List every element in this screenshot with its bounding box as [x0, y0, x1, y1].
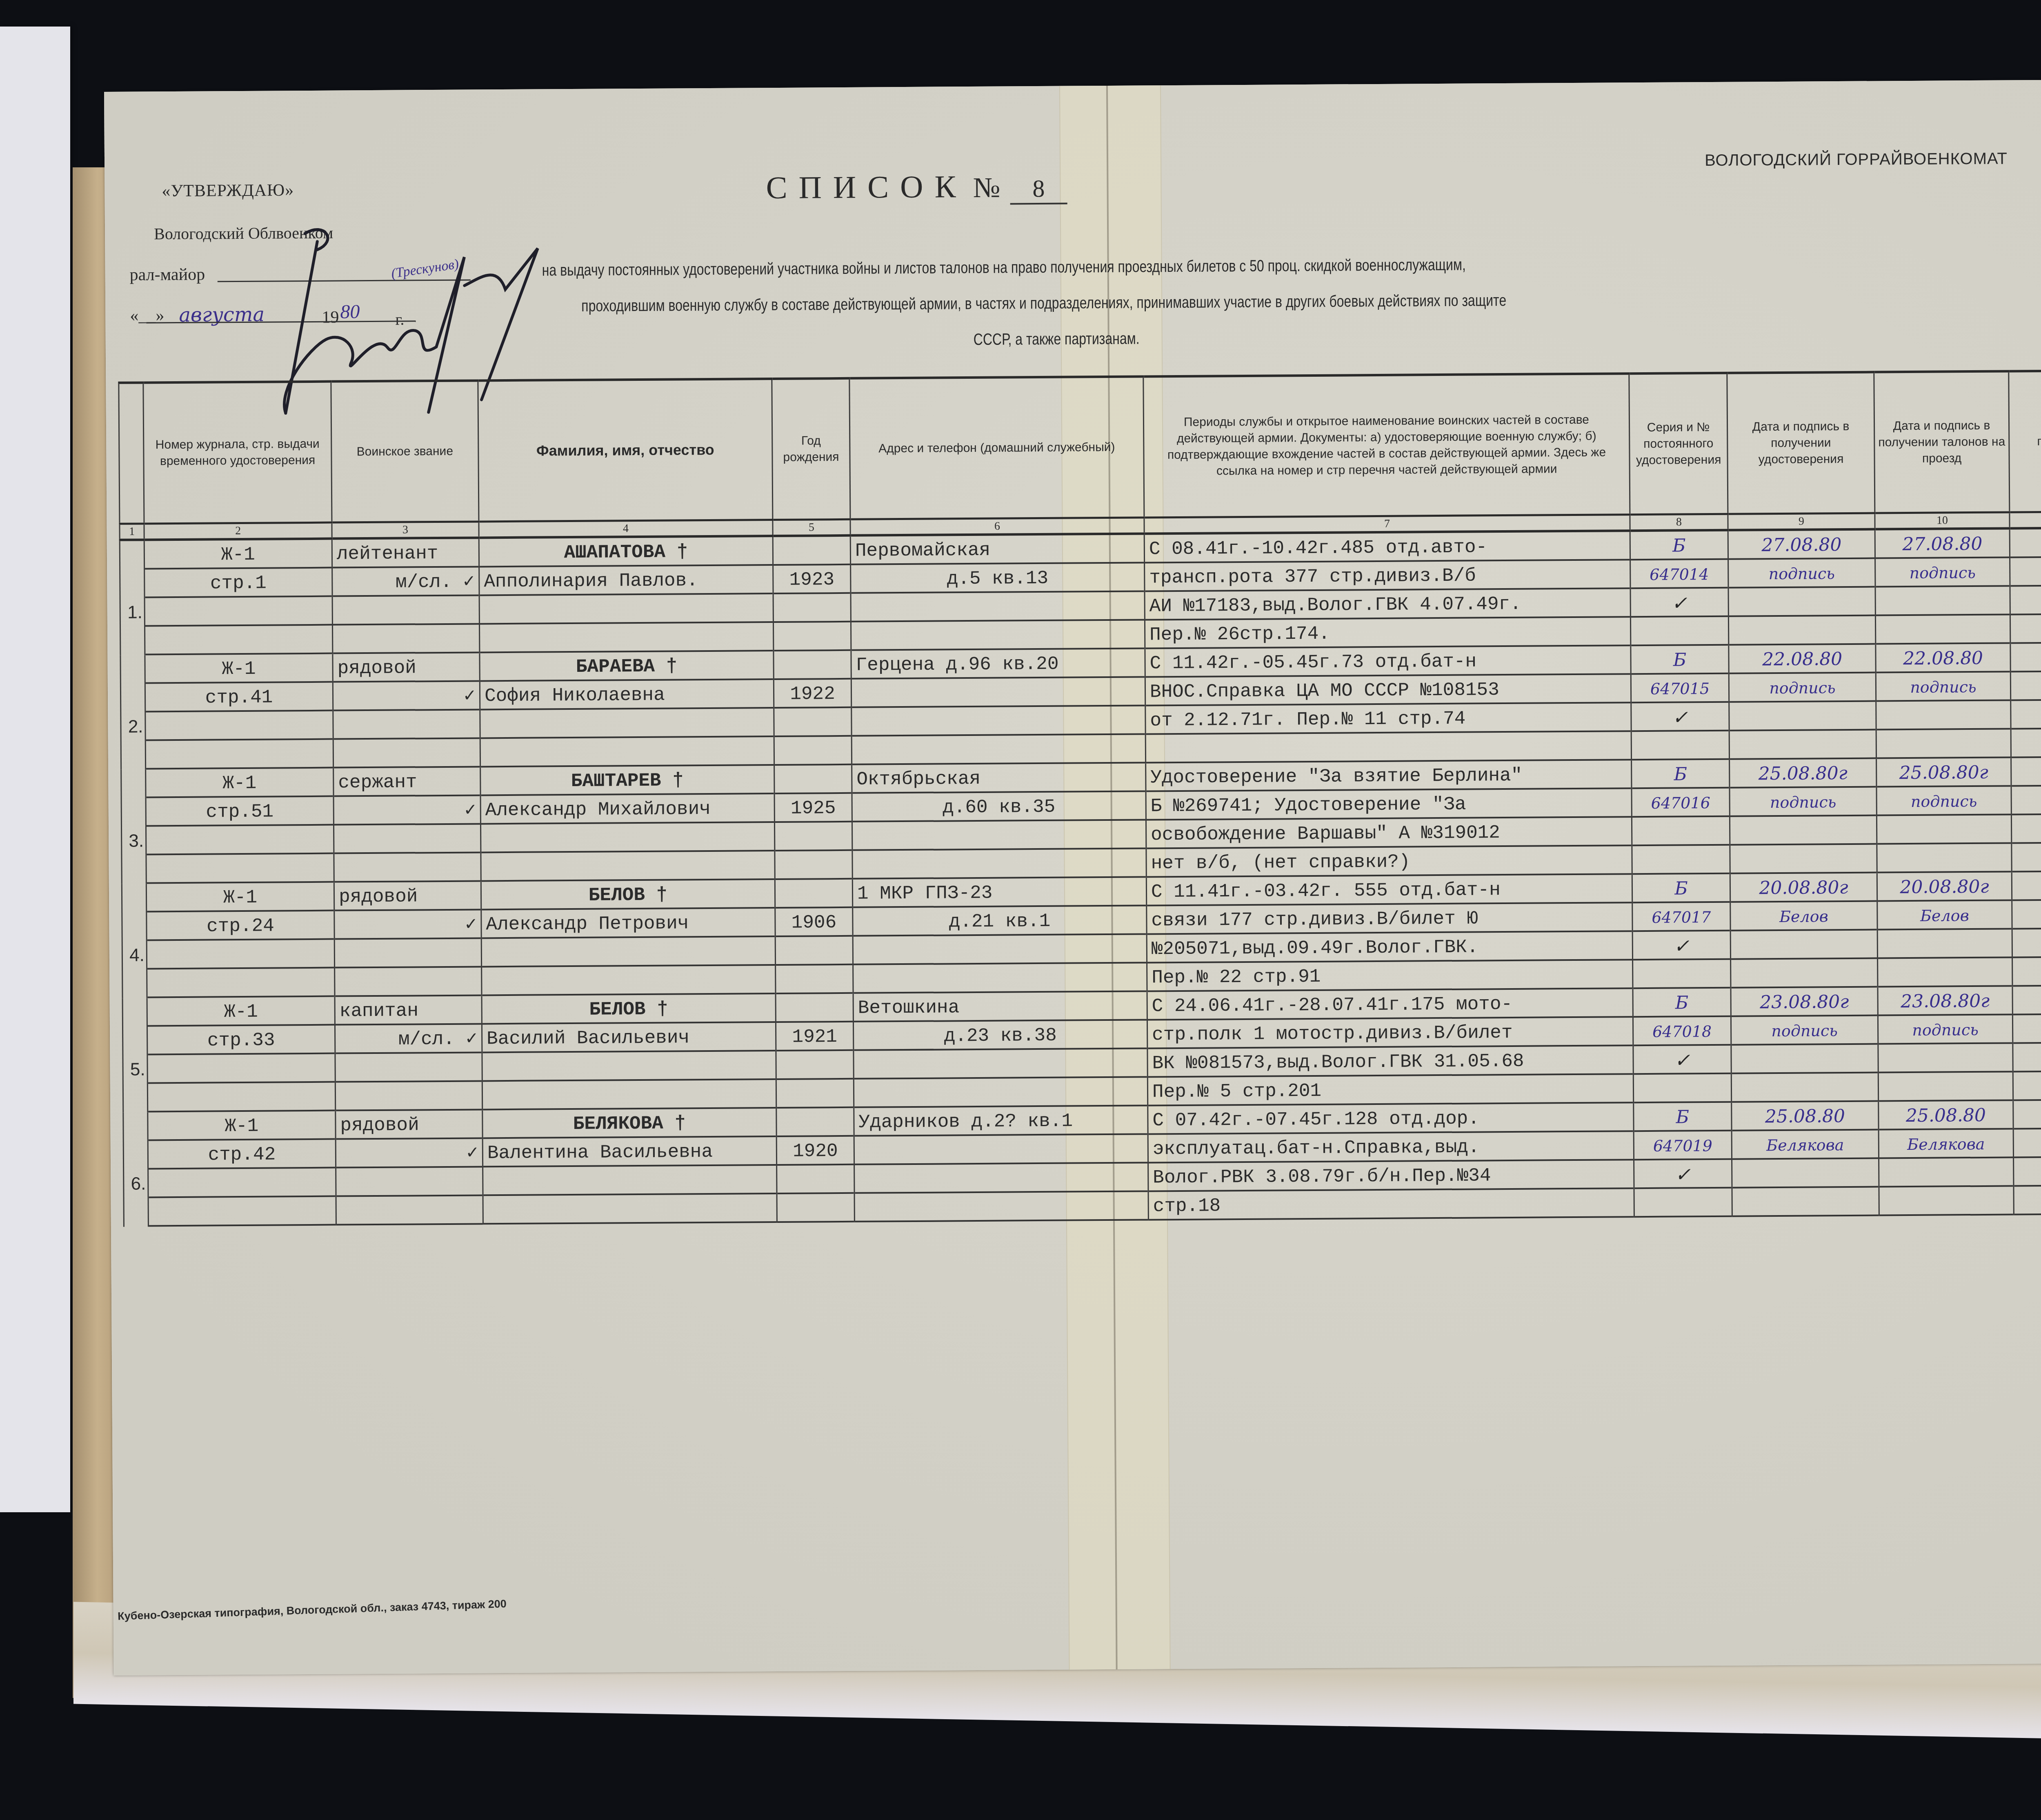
col-num: 5 [773, 519, 850, 536]
col-num: 2 [144, 522, 332, 540]
blank-line [853, 849, 1145, 879]
tickets-received-cell: 23.08.80гподпись [1878, 987, 2013, 1102]
approval-rank: рал-майор [130, 264, 205, 284]
note: умерла [2014, 1100, 2041, 1129]
certificate-cell: Б647018✓ [1633, 989, 1732, 1103]
address-cell: Герцена д.96 кв.20 [851, 649, 1146, 765]
service-line: №205071,выд.09.49г.Волог.ГВК. [1147, 932, 1632, 963]
tickets-received-cell: 20.08.80гБелов [1877, 872, 2012, 987]
blank-line [2011, 614, 2041, 644]
check-mark-icon [1632, 817, 1729, 846]
tickets-received-cell: 25.08.80гподпись [1876, 758, 2012, 873]
service-line: нет в/б, (нет справки?) [1147, 846, 1631, 878]
rank-note: м/сл. ✓ [336, 1024, 481, 1054]
signature-line [218, 280, 471, 282]
given-names: Александр Петрович [482, 909, 774, 939]
col-num: 3 [332, 522, 479, 539]
address-cell: Октябрьскаяд.60 кв.35 [852, 763, 1147, 879]
blank-line [1732, 1159, 1878, 1189]
journal-page: стр.1 [145, 569, 331, 598]
service-line: стр.полк 1 мотостр.дивиз.В/билет [1148, 1018, 1632, 1049]
name-cell: АШАПАТОВА †Апполинария Павлов. [479, 536, 774, 653]
blank-line [777, 1108, 853, 1137]
journal-cell: Ж-1стр.24 [146, 883, 335, 998]
blank-line [777, 1080, 853, 1109]
subtitle-line-3: СССР, а также партизанам. [973, 314, 2041, 358]
rank: рядовой [336, 1110, 482, 1140]
service-line: Пер.№ 22 стр.91 [1147, 960, 1632, 992]
address-street: Октябрьская [852, 763, 1145, 793]
address-street: Герцена д.96 кв.20 [852, 649, 1144, 679]
notes-cell: ✓ [2011, 757, 2041, 872]
blank-line [1879, 1158, 2013, 1187]
blank-line [147, 854, 333, 884]
check-mark-icon: ✓ [1632, 703, 1728, 732]
row-number-label: 1. [120, 541, 144, 622]
title-word: СПИСОК [766, 169, 967, 205]
certificate-cell: Б647017✓ [1632, 874, 1731, 989]
blank-line [333, 710, 479, 740]
register-body: 1.Ж-1стр.1лейтенантм/сл. ✓АШАПАТОВА †Апп… [120, 527, 2041, 1227]
blank-line [1876, 701, 2010, 731]
cert-received-signature: Белякова [1732, 1131, 1878, 1160]
cert-series: Б [1633, 874, 1730, 903]
address-street: Ветошкина [854, 992, 1147, 1022]
col-header-journal: Номер журнала, стр. выдачи временного уд… [143, 382, 332, 524]
blank-line [333, 596, 479, 625]
note [2012, 900, 2041, 929]
birth-year-cell: 1920 [776, 1108, 855, 1223]
blank-line [1879, 1187, 2013, 1216]
surname: БЕЛОВ † [482, 994, 775, 1024]
service-line: С 08.41г.-10.42г.485 отд.авто- [1145, 532, 1630, 563]
table-row: 3.Ж-1стр.51сержант✓БАШТАРЕВ †Александр М… [121, 757, 2041, 884]
tickets-received-cell: 27.08.80подпись [1875, 529, 2010, 645]
col-header-cert-received: Дата и подпись в получении удостоверения [1727, 372, 1875, 514]
tickets-received-date: 23.08.80г [1878, 987, 2012, 1016]
service-cell: Удостоверение "За взятие Берлина"Б №2697… [1146, 760, 1632, 878]
service-line: эксплуатац.бат-н.Справка,выд. [1149, 1132, 1633, 1163]
tickets-received-signature: Белов [1878, 901, 2011, 930]
col-header-certificate: Серия и № постоянного удостоверения [1629, 373, 1728, 515]
blank-line [482, 1051, 775, 1082]
tickets-received-signature: подпись [1876, 673, 2010, 702]
blank-line [854, 963, 1146, 993]
note [2012, 786, 2041, 815]
blank-line [2012, 843, 2041, 872]
blank-line [1731, 931, 1877, 960]
service-line: Удостоверение "За взятие Берлина" [1146, 760, 1631, 792]
journal-page: стр.51 [147, 797, 333, 827]
blank-line [774, 537, 850, 566]
notes-cell: ✓ [2010, 527, 2041, 644]
notes-cell: ✓ [2010, 643, 2041, 758]
blank-line [852, 735, 1145, 765]
journal-number: Ж-1 [148, 997, 334, 1027]
row-number: 3. [121, 769, 147, 884]
rank: лейтенант [333, 539, 478, 568]
blank-line [854, 935, 1146, 965]
journal-cell: Ж-1стр.1 [144, 539, 333, 656]
address-cell: Ветошкинад.23 кв.38 [853, 992, 1148, 1108]
blank-line [1730, 702, 1875, 731]
blank-line [1878, 958, 2012, 987]
header-row: Номер журнала, стр. выдачи временного уд… [119, 370, 2041, 524]
blank-line [853, 820, 1145, 851]
surname: АШАПАТОВА † [480, 537, 772, 567]
journal-cell: Ж-1стр.51 [146, 769, 334, 884]
service-line: трансп.рота 377 стр.дивиз.В/б [1145, 560, 1630, 592]
blank-line [1877, 730, 2010, 759]
blank-line [776, 937, 852, 966]
cert-received-signature: подпись [1730, 673, 1875, 703]
service-line: Пер.№ 26стр.174. [1145, 618, 1630, 649]
blank-line [333, 624, 479, 654]
blank-line [482, 966, 775, 996]
blank-line [484, 1194, 776, 1224]
blank-line [774, 622, 850, 651]
service-line: Волог.РВК 3.08.79г.б/н.Пер.№34 [1149, 1160, 1633, 1192]
row-number-label: 4. [122, 884, 146, 965]
check-mark-icon: ✓ [1634, 1160, 1731, 1189]
cert-number: 647015 [1632, 674, 1728, 703]
journal-page: стр.41 [146, 683, 332, 713]
cert-number: 647017 [1633, 903, 1730, 932]
surname: БЕЛЯКОВА † [483, 1109, 776, 1139]
blank-line [480, 594, 773, 624]
notes-cell [2012, 986, 2041, 1101]
address-street: 1 МКР ГПЗ-23 [853, 878, 1146, 908]
blank-line [1877, 844, 2011, 873]
approval-block: «УТВЕРЖДАЮ» Вологодский Облвоенком рал-м… [129, 179, 598, 182]
table-row: 6.Ж-1стр.42рядовой✓БЕЛЯКОВА †Валентина В… [123, 1100, 2041, 1227]
blank-line [1732, 1045, 1877, 1074]
blank-line [775, 765, 851, 794]
note [2011, 671, 2041, 701]
cert-received-cell: 25.08.80гподпись [1730, 759, 1877, 874]
register-table: Номер журнала, стр. выдачи временного уд… [118, 369, 2041, 1227]
blank-line [2011, 700, 2041, 729]
col-num: 10 [1875, 512, 2010, 529]
tickets-received-date: 25.08.80г [1877, 758, 2010, 788]
address-house: д.60 кв.35 [853, 792, 1145, 822]
cert-number: 647019 [1634, 1131, 1731, 1160]
service-line: С 11.41г.-03.42г. 555 отд.бат-н [1147, 875, 1632, 906]
given-names: Александр Михайлович [481, 794, 774, 824]
name-cell: БЕЛЯКОВА †Валентина Васильевна [482, 1109, 777, 1224]
journal-number: Ж-1 [147, 883, 333, 913]
table-row: 1.Ж-1стр.1лейтенантм/сл. ✓АШАПАТОВА †Апп… [120, 527, 2041, 655]
blank-line [855, 1192, 1148, 1222]
blank-line [774, 708, 851, 737]
blank-line [483, 1080, 776, 1110]
printer-imprint: Кубено-Озерская типография, Вологодской … [118, 1598, 507, 1623]
birth-year: 1925 [775, 794, 852, 823]
rank-cell: сержант✓ [333, 767, 481, 882]
blank-line [852, 706, 1145, 736]
tickets-received-signature: подпись [1879, 1015, 2012, 1044]
rank-cell: капитанм/сл. ✓ [335, 996, 482, 1111]
date-year: 80 [340, 300, 360, 323]
blank-line [482, 937, 775, 967]
blank-line [1732, 1073, 1878, 1103]
col-header-tickets-received: Дата и подпись в получении талонов на пр… [1874, 371, 2010, 513]
blank-line [1730, 845, 1876, 874]
address-house: д.21 кв.1 [853, 906, 1146, 936]
row-number-label: 5. [123, 998, 147, 1080]
row-number: 2. [120, 655, 146, 769]
blank-line [775, 822, 852, 851]
blank-line [1730, 816, 1876, 846]
tickets-received-date: 25.08.80 [1879, 1101, 2012, 1130]
name-cell: БАРАЕВА †София Николаевна [480, 651, 774, 767]
tickets-received-signature: подпись [1876, 558, 2009, 588]
blank-line [146, 711, 332, 741]
birth-year-cell: 1925 [774, 765, 853, 880]
note [2013, 986, 2041, 1015]
service-line: связи 177 стр.дивиз.В/билет Ю [1147, 903, 1632, 935]
address-cell: Ударников д.2? кв.1 [854, 1106, 1149, 1222]
col-header-address: Адрес и телефон (домашний служебный) [849, 376, 1144, 519]
table-row: 4.Ж-1стр.24рядовой✓БЕЛОВ †Александр Петр… [122, 871, 2041, 998]
blank-line [1730, 731, 1876, 760]
adjacent-blank-page [0, 27, 70, 1512]
blank-line [776, 965, 852, 994]
tickets-received-signature: Белякова [1879, 1129, 2013, 1159]
journal-number: Ж-1 [148, 1111, 335, 1141]
document-subtitle: на выдачу постоянных удостоверений участ… [542, 244, 1836, 360]
service-line: С 07.42г.-07.45г.128 отд.дор. [1148, 1103, 1633, 1135]
certificate-cell: Б647014✓ [1630, 530, 1729, 646]
rank: капитан [336, 996, 481, 1025]
blank-line [1879, 1044, 2012, 1073]
notes-cell: умер [2012, 871, 2041, 987]
blank-line [2013, 1043, 2041, 1072]
rank-cell: рядовой✓ [336, 1110, 483, 1225]
journal-cell: Ж-1стр.42 [148, 1111, 336, 1227]
blank-line [147, 826, 333, 856]
tickets-received-date: 22.08.80 [1876, 644, 2010, 673]
col-header-1 [119, 382, 144, 524]
col-header-notes: Место для последующих записей [2009, 370, 2041, 512]
blank-line [2013, 957, 2041, 987]
cert-received-date: 27.08.80 [1729, 531, 1874, 560]
service-line: освобождение Варшавы" А №319012 [1147, 818, 1631, 849]
blank-line [146, 740, 333, 770]
service-line: С 24.06.41г.-28.07.41г.175 мото- [1148, 989, 1632, 1020]
blank-line [2012, 814, 2041, 844]
cert-received-date: 23.08.80г [1731, 988, 1877, 1017]
blank-line [2014, 1071, 2041, 1101]
row-number: 4. [122, 884, 147, 998]
blank-line [336, 1053, 481, 1082]
blank-line [337, 1196, 482, 1225]
blank-line [147, 940, 334, 970]
cert-number: 647016 [1632, 789, 1729, 818]
blank-line [145, 597, 332, 627]
rank-cell: рядовой✓ [334, 882, 482, 997]
given-names: София Николаевна [480, 680, 773, 710]
blank-line [334, 853, 480, 882]
blank-line [852, 620, 1144, 651]
blank-line [2013, 929, 2041, 958]
blank-line [148, 1083, 335, 1113]
cert-received-date: 22.08.80 [1729, 645, 1875, 674]
service-line: Пер.№ 5 стр.201 [1148, 1075, 1633, 1106]
cert-series: Б [1634, 1103, 1731, 1132]
address-street: Первомайская [851, 535, 1144, 565]
service-line: ВК №081573,выд.Волог.ГВК 31.05.68 [1148, 1046, 1632, 1078]
date-suffix: г. [395, 310, 404, 329]
blank-line [1877, 816, 2011, 845]
note: ✓ [2010, 529, 2041, 558]
address-house [852, 678, 1145, 708]
list-number: 8 [1010, 175, 1067, 205]
blank-line [1632, 846, 1729, 875]
blank-line [335, 939, 481, 968]
journal-page: стр.42 [149, 1140, 335, 1170]
service-cell: С 08.41г.-10.42г.485 отд.авто-трансп.рот… [1144, 531, 1631, 649]
blank-line [1633, 960, 1730, 989]
blank-line [1878, 929, 2012, 959]
blank-line [778, 1194, 854, 1223]
blank-line [335, 967, 481, 997]
col-header-name: Фамилия, имя, отчество [478, 379, 773, 522]
rank-note: ✓ [333, 682, 479, 711]
name-cell: БЕЛОВ †Александр Петрович [481, 880, 776, 996]
journal-cell: Ж-1стр.41 [145, 654, 333, 770]
birth-year-cell: 1923 [773, 536, 851, 651]
check-mark-icon: ✓ [1633, 931, 1730, 960]
blank-line [481, 851, 774, 882]
tickets-received-cell: 25.08.80Белякова [1879, 1101, 2014, 1216]
signer-name: (Трескунов) [390, 256, 460, 282]
birth-year-cell: 1921 [776, 994, 854, 1109]
cert-received-cell: 23.08.80гподпись [1731, 987, 1879, 1102]
journal-number: Ж-1 [146, 769, 333, 798]
cert-number: 647018 [1634, 1017, 1730, 1046]
blank-line [334, 824, 480, 854]
register-page: «УТВЕРЖДАЮ» Вологодский Облвоенком рал-м… [104, 79, 2041, 1676]
service-line: Б №269741; Удостоверение "За [1147, 789, 1631, 820]
blank-line [852, 592, 1144, 622]
blank-line [336, 1082, 482, 1111]
blank-line [2014, 1186, 2041, 1215]
service-line: стр.18 [1149, 1189, 1634, 1220]
blank-line [1729, 616, 1875, 646]
blank-line [777, 1165, 854, 1194]
blank-line [2014, 1157, 2041, 1187]
birth-year: 1906 [776, 908, 852, 937]
row-number-label: 2. [121, 655, 145, 737]
approval-organization: Вологодский Облвоенком [154, 223, 333, 244]
rank-cell: лейтенантм/сл. ✓ [332, 538, 480, 654]
cert-series: Б [1631, 531, 1728, 560]
blank-line [775, 851, 852, 880]
birth-year: 1920 [777, 1137, 854, 1166]
cert-received-signature: Белов [1731, 902, 1876, 931]
col-num: 11 [2010, 511, 2041, 529]
cert-series: Б [1632, 760, 1729, 789]
col-header-service: Периоды службы и открытое наименование в… [1143, 373, 1630, 518]
service-cell: С 24.06.41г.-28.07.41г.175 мото-стр.полк… [1147, 989, 1634, 1106]
rank-note: ✓ [334, 796, 480, 825]
issuing-office: ВОЛОГОДСКИЙ ГОРРАЙВОЕНКОМАТ [1705, 150, 2008, 170]
service-line: от 2.12.71г. Пер.№ 11 стр.74 [1146, 703, 1630, 735]
note: ✓ [2012, 757, 2041, 787]
tickets-received-date: 27.08.80 [1876, 530, 2009, 559]
blank-line [2012, 729, 2041, 758]
blank-line [336, 1167, 482, 1197]
row-number: 1. [120, 540, 145, 655]
address-cell: Первомайскаяд.5 кв.13 [850, 533, 1145, 651]
rank-note: ✓ [336, 1139, 482, 1168]
blank-line [776, 994, 853, 1023]
note [2013, 1014, 2041, 1044]
service-line: С 11.42г.-05.45г.73 отд.бат-н [1145, 646, 1630, 678]
blank-line [1879, 1072, 2012, 1102]
blank-line [149, 1169, 335, 1198]
row-number: 6. [123, 1112, 149, 1227]
given-names: Валентина Васильевна [483, 1137, 776, 1167]
address-cell: 1 МКР ГПЗ-23д.21 кв.1 [852, 878, 1147, 993]
col-num: 9 [1728, 513, 1875, 530]
cert-series: Б [1633, 989, 1730, 1018]
service-line [1146, 732, 1631, 763]
document-title: СПИСОК № 8 [766, 168, 1067, 207]
address-house: д.5 кв.13 [851, 563, 1144, 593]
blank-line [854, 1078, 1147, 1108]
blank-line [774, 594, 850, 623]
blank-line [148, 1054, 334, 1084]
blank-line [855, 1163, 1147, 1193]
rank: рядовой [333, 653, 479, 682]
blank-line [775, 737, 851, 766]
table-row: 2.Ж-1стр.41рядовой✓БАРАЕВА †София Никола… [120, 643, 2041, 769]
col-header-rank: Воинское звание [331, 380, 479, 522]
blank-line [776, 880, 852, 909]
tickets-received-signature: подпись [1877, 787, 2010, 816]
rank: рядовой [335, 882, 480, 911]
cert-series: Б [1631, 646, 1728, 675]
service-line: АИ №17183,выд.Волог.ГВК 4.07.49г. [1145, 589, 1630, 620]
blank-line [1876, 587, 2010, 616]
service-cell: С 11.42г.-05.45г.73 отд.бат-нВНОС.Справк… [1145, 646, 1632, 763]
name-cell: БАШТАРЕВ †Александр Михайлович [480, 766, 775, 882]
number-sign: № [973, 172, 1000, 204]
surname: БАШТАРЕВ † [481, 766, 774, 796]
cert-received-date: 25.08.80г [1730, 759, 1876, 789]
cert-received-cell: 22.08.80подпись [1729, 645, 1876, 760]
notes-cell: умерла [2013, 1100, 2041, 1215]
blank-line [1634, 1189, 1731, 1218]
given-names: Василий Васильевич [482, 1023, 775, 1053]
row-number-label: 6. [124, 1112, 147, 1194]
cert-received-date: 20.08.80г [1731, 873, 1876, 903]
blank-line [1732, 1187, 1878, 1217]
check-mark-icon: ✓ [1634, 1046, 1730, 1075]
cert-number: 647014 [1631, 560, 1728, 589]
cert-received-date: 25.08.80 [1732, 1102, 1878, 1131]
name-cell: БЕЛОВ †Василий Васильевич [482, 994, 776, 1110]
row-number-label: 3. [122, 769, 145, 851]
blank-line [774, 651, 850, 680]
tickets-received-date: 20.08.80г [1878, 872, 2011, 902]
col-num: 1 [120, 524, 144, 540]
cert-received-cell: 25.08.80Белякова [1732, 1102, 1879, 1217]
blank-line [1876, 616, 2010, 645]
cert-received-signature: подпись [1729, 559, 1874, 589]
